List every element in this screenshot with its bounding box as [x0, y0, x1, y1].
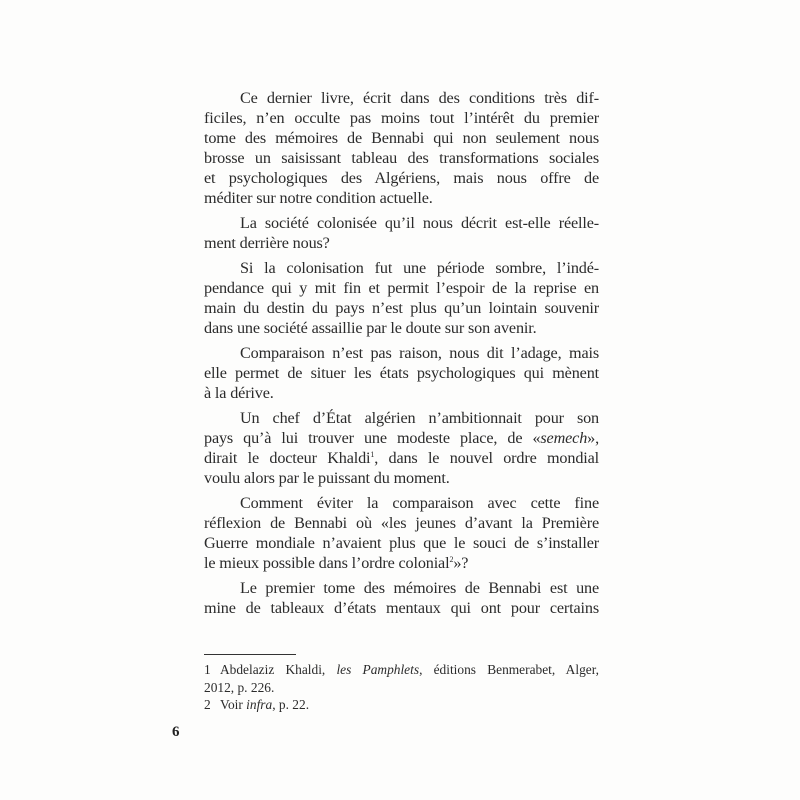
text-line: La société colonisée qu’il nous décrit e… — [204, 213, 599, 233]
footnote-1: 1Abdelaziz Khaldi, les Pamphlets, éditio… — [204, 661, 599, 696]
text-fragment: le mieux possible dans l’ordre colonial — [204, 554, 449, 572]
text-fragment: , éditions Benmerabet, Alger, — [419, 662, 599, 677]
book-page: Ce dernier livre, écrit dans des conditi… — [0, 0, 800, 800]
text-line: brosse un saisissant tableau des transfo… — [204, 148, 599, 168]
italic-title: les Pamphlets — [336, 662, 419, 677]
text-line: ment derrière nous? — [204, 233, 599, 253]
text-line: Comment éviter la comparaison avec cette… — [204, 493, 599, 513]
text-line: Guerre mondiale n’avaient plus que le so… — [204, 533, 599, 553]
text-line: ficiles, n’en occulte pas moins tout l’i… — [204, 108, 599, 128]
text-line: 1Abdelaziz Khaldi, les Pamphlets, éditio… — [204, 661, 599, 679]
body-text: Ce dernier livre, écrit dans des conditi… — [204, 88, 599, 618]
text-line: et psychologiques des Algériens, mais no… — [204, 168, 599, 188]
paragraph-4: Comparaison n’est pas raison, nous dit l… — [204, 343, 599, 403]
paragraph-3: Si la colonisation fut une période sombr… — [204, 258, 599, 338]
text-line: voulu alors par le puissant du moment. — [204, 468, 599, 488]
footnotes: 1Abdelaziz Khaldi, les Pamphlets, éditio… — [204, 661, 599, 714]
text-line: elle permet de situer les états psycholo… — [204, 363, 599, 383]
text-line: dirait le docteur Khaldi1, dans le nouve… — [204, 448, 599, 468]
text-fragment: dirait le docteur Khaldi — [204, 449, 370, 467]
text-fragment: , p. 22. — [272, 697, 309, 712]
footnote-separator — [204, 654, 296, 655]
text-line: main du destin du pays n’est plus qu’un … — [204, 298, 599, 318]
text-line: dans une société assaillie par le doute … — [204, 318, 599, 338]
text-line: réflexion de Bennabi où «les jeunes d’av… — [204, 513, 599, 533]
text-line: mine de tableaux d’états mentaux qui ont… — [204, 598, 599, 618]
text-fragment: Abdelaziz Khaldi, — [220, 662, 336, 677]
text-line: Le premier tome des mémoires de Bennabi … — [204, 578, 599, 598]
text-line: Si la colonisation fut une période sombr… — [204, 258, 599, 278]
paragraph-6: Comment éviter la comparaison avec cette… — [204, 493, 599, 573]
text-fragment: », — [587, 429, 599, 447]
text-line: Comparaison n’est pas raison, nous dit l… — [204, 343, 599, 363]
text-fragment: Voir — [220, 697, 246, 712]
italic-term: infra — [246, 697, 272, 712]
footnote-number: 2 — [204, 696, 220, 714]
text-line: Ce dernier livre, écrit dans des conditi… — [204, 88, 599, 108]
italic-term: semech — [540, 429, 587, 447]
footnote-2: 2Voir infra, p. 22. — [204, 696, 599, 714]
text-fragment: , dans le nouvel ordre mondial — [374, 449, 599, 467]
text-line: Un chef d’État algérien n’ambitionnait p… — [204, 408, 599, 428]
text-fragment: »? — [453, 554, 468, 572]
text-line: à la dérive. — [204, 383, 599, 403]
text-line: pendance qui y mit fin et permit l’espoi… — [204, 278, 599, 298]
footnote-number: 1 — [204, 661, 220, 679]
paragraph-1: Ce dernier livre, écrit dans des conditi… — [204, 88, 599, 208]
paragraph-7: Le premier tome des mémoires de Bennabi … — [204, 578, 599, 618]
text-line: méditer sur notre condition actuelle. — [204, 188, 599, 208]
page-number: 6 — [172, 724, 180, 741]
text-fragment: pays qu’à lui trouver une modeste place,… — [204, 429, 540, 447]
text-line: tome des mémoires de Bennabi qui non seu… — [204, 128, 599, 148]
paragraph-2: La société colonisée qu’il nous décrit e… — [204, 213, 599, 253]
text-line: le mieux possible dans l’ordre colonial2… — [204, 553, 599, 573]
text-line: 2012, p. 226. — [204, 679, 599, 697]
text-line: pays qu’à lui trouver une modeste place,… — [204, 428, 599, 448]
paragraph-5: Un chef d’État algérien n’ambitionnait p… — [204, 408, 599, 488]
text-line: 2Voir infra, p. 22. — [204, 696, 599, 714]
